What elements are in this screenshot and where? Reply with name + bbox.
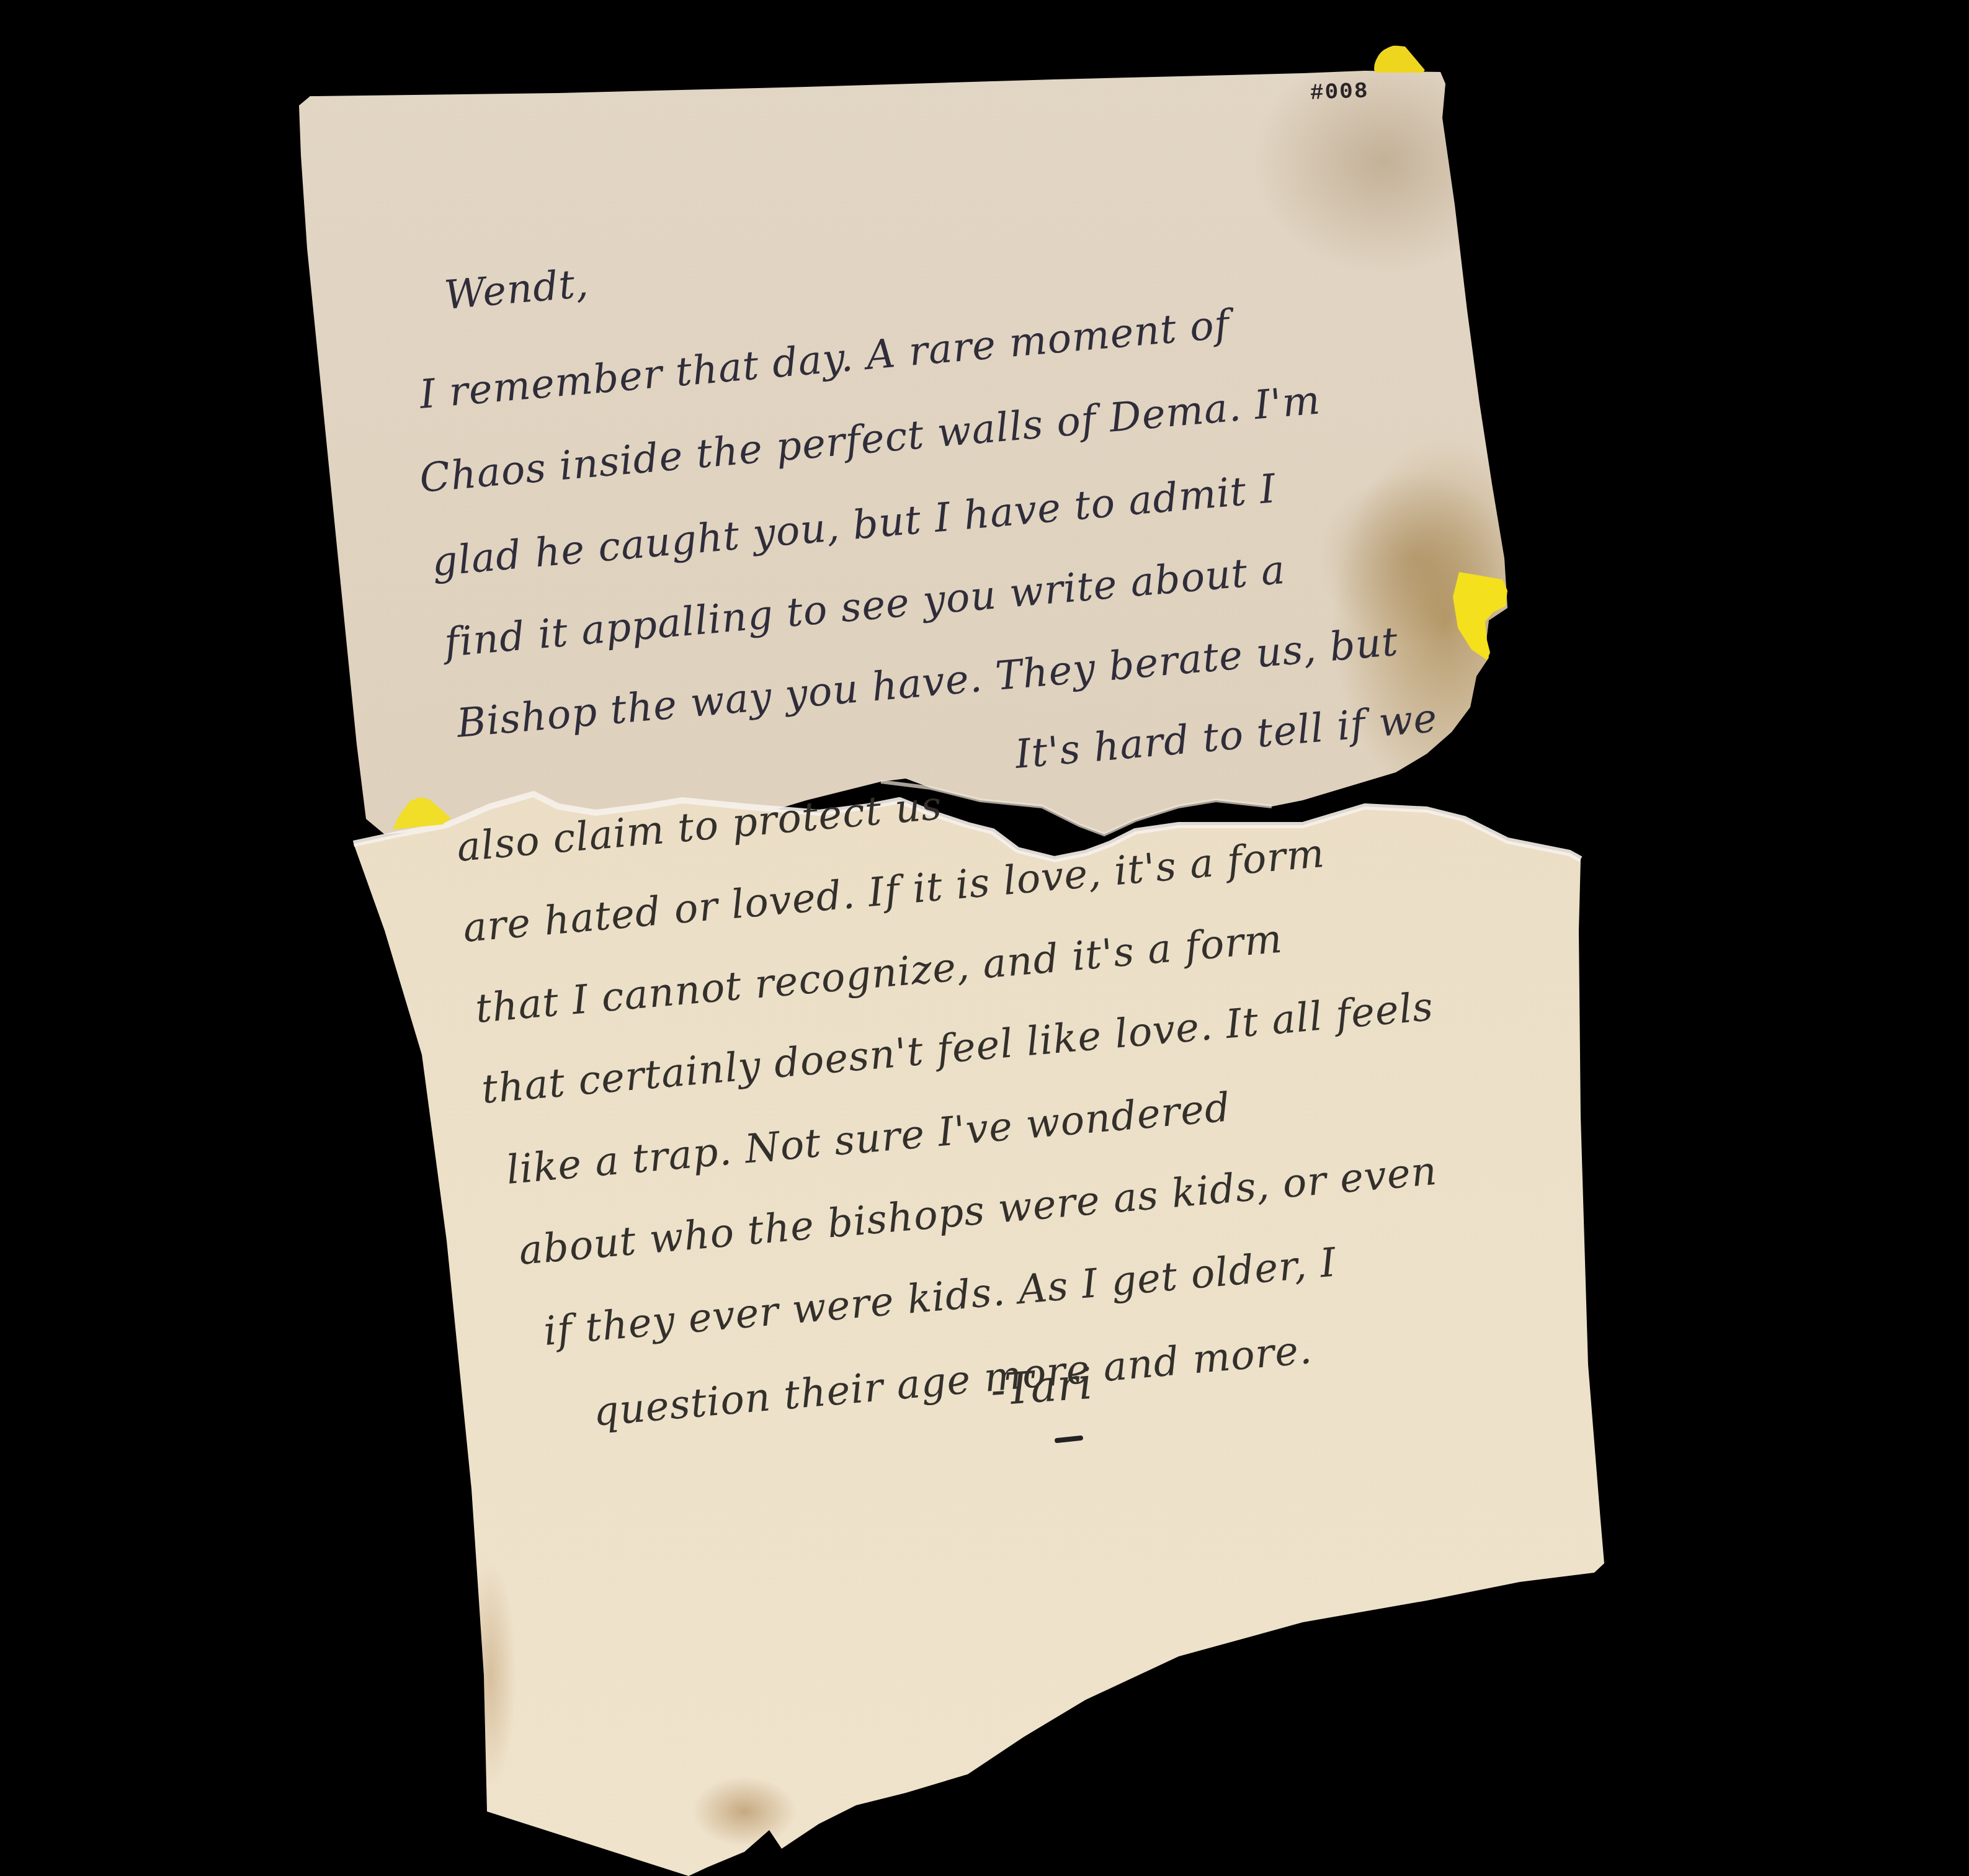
yellow-tape-top-right bbox=[1374, 45, 1425, 73]
signature: -Tari bbox=[989, 1358, 1094, 1416]
letter-number: #008 bbox=[1310, 78, 1369, 105]
